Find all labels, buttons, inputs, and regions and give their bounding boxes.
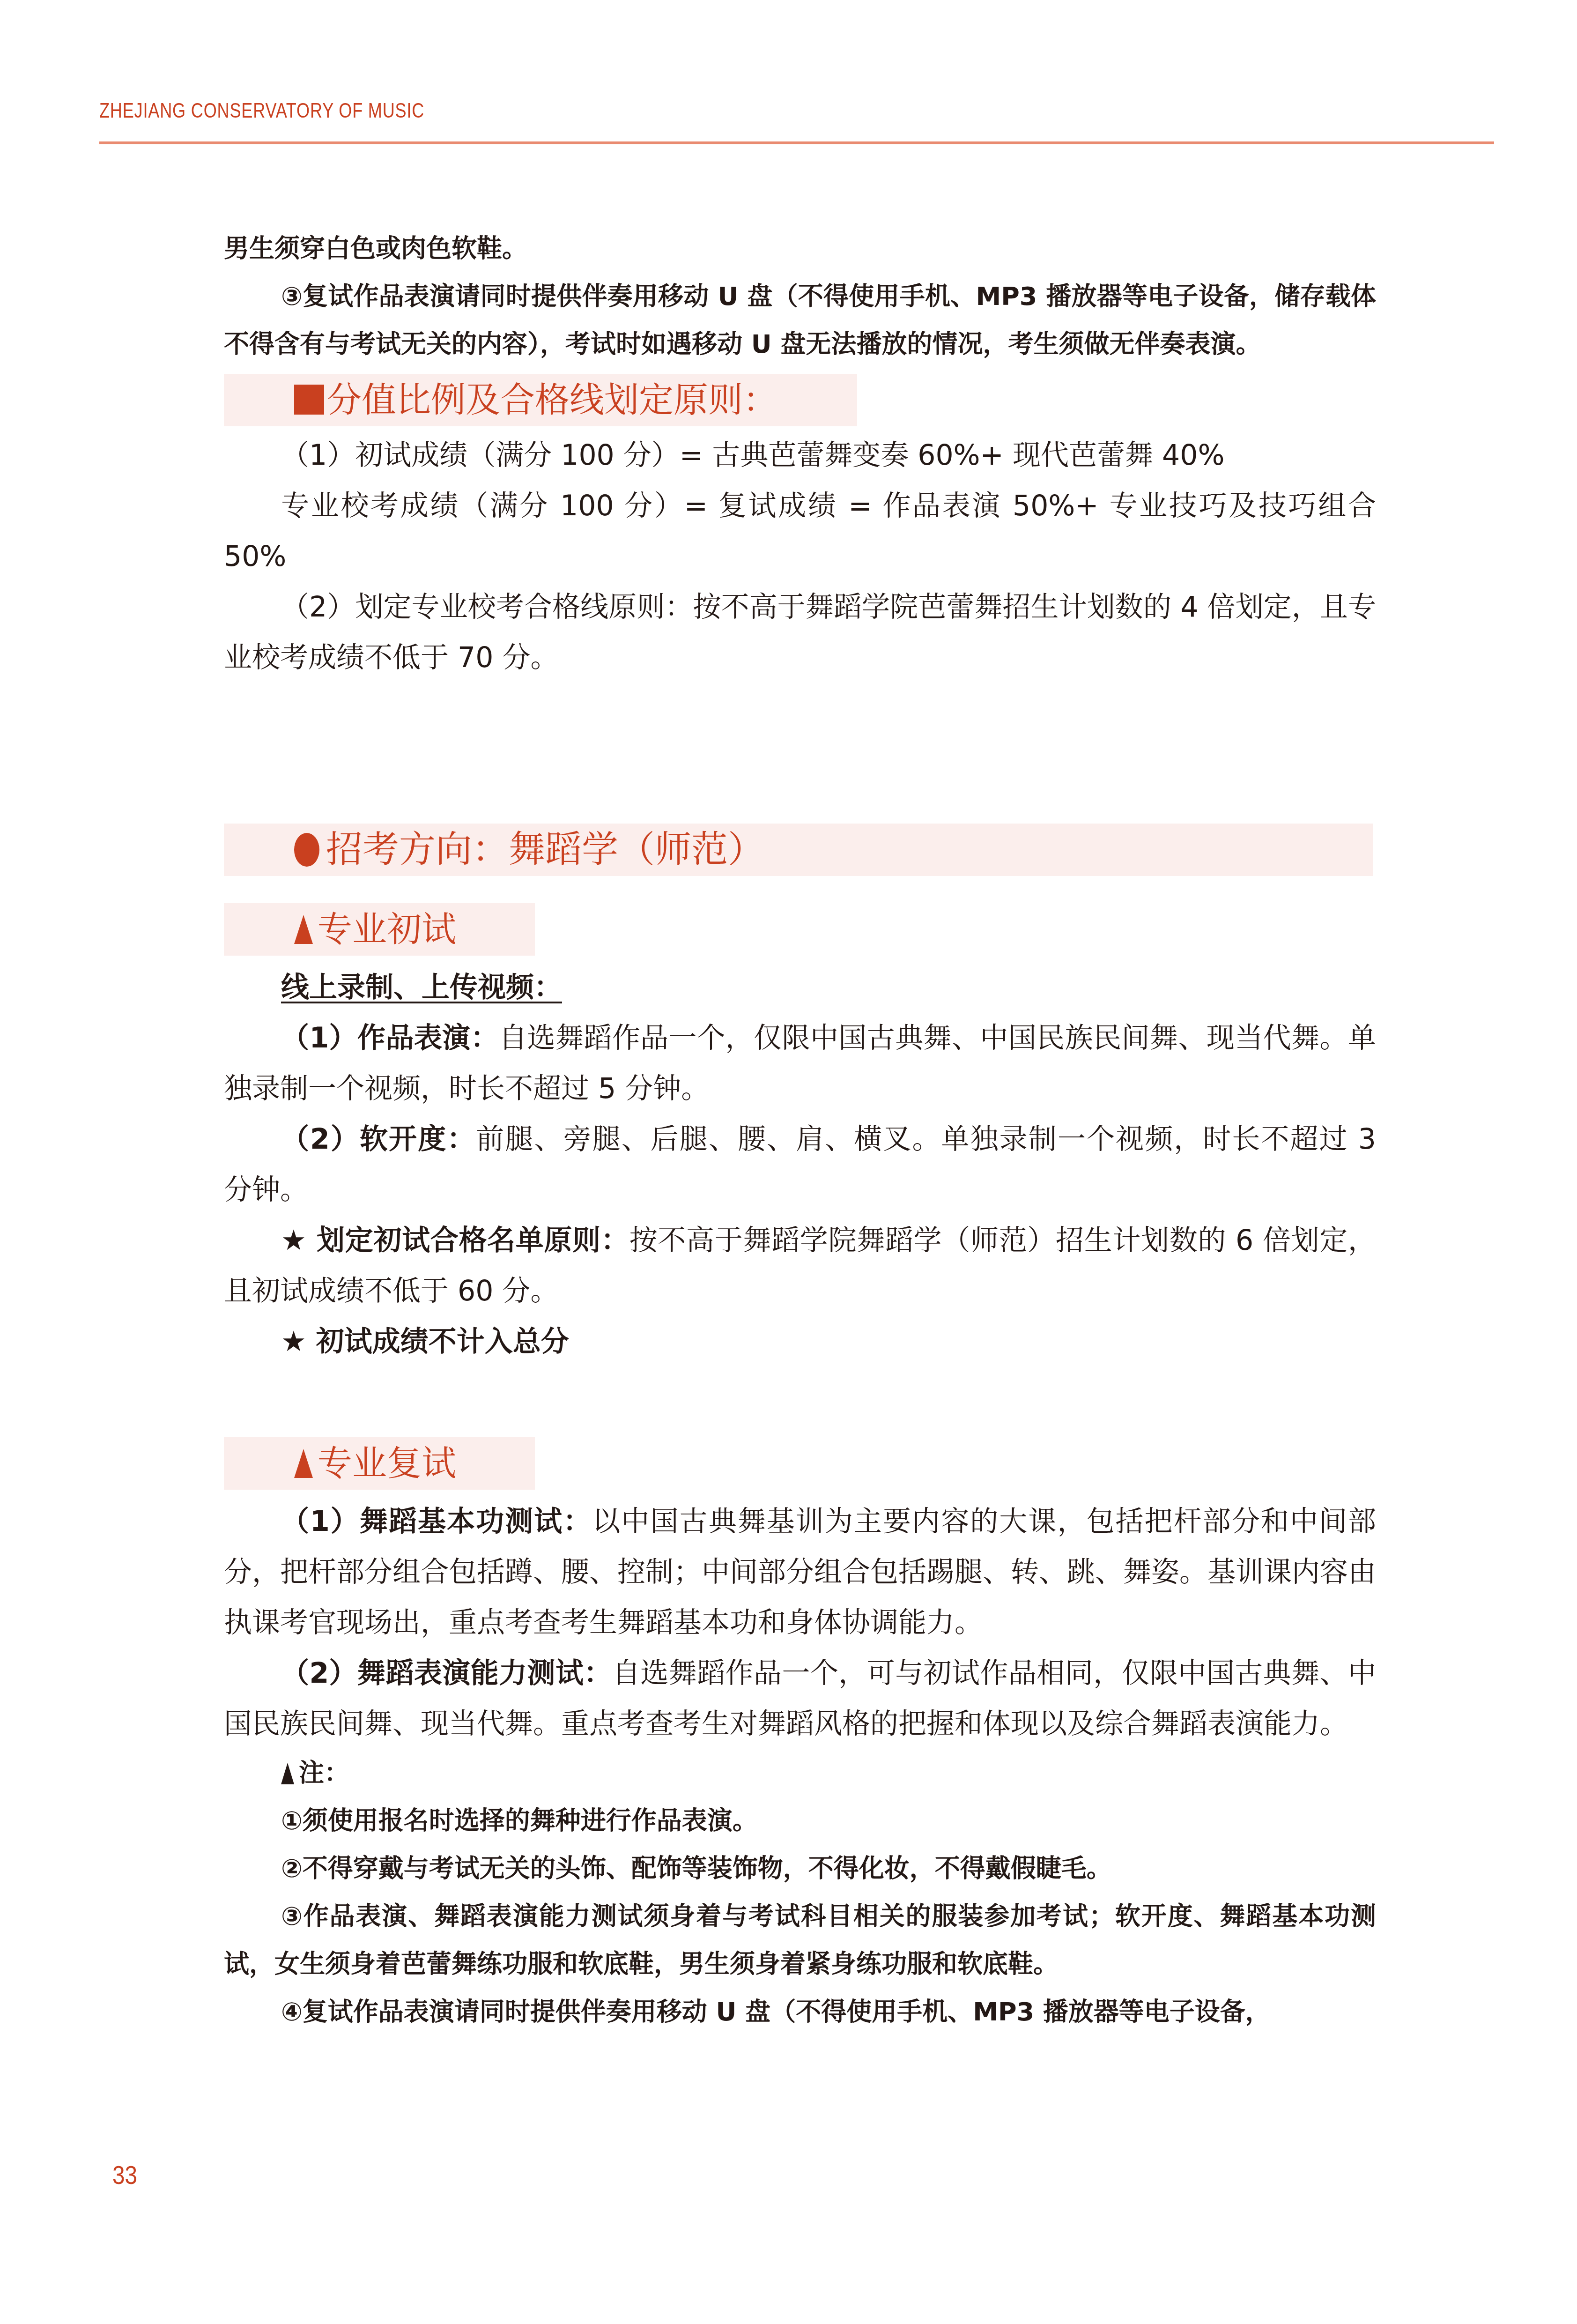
- header-divider: [99, 141, 1494, 144]
- retest-title: 专业复试: [318, 1443, 456, 1484]
- score-section-heading: 分值比例及合格线划定原则：: [224, 374, 857, 426]
- note-3-text: ③复试作品表演请同时提供伴奏用移动 U 盘（不得使用手机、MP3 播放器等电子设…: [224, 273, 1376, 368]
- score-line-3: （2）划定专业校考合格线原则：按不高于舞蹈学院芭蕾舞招生计划数的 4 倍划定，且…: [224, 582, 1376, 683]
- preliminary-heading: 专业初试: [224, 903, 535, 956]
- preliminary-item-1-label: （1）作品表演：: [281, 1022, 499, 1054]
- preliminary-star-2: ★ 初试成绩不计入总分: [224, 1316, 1376, 1367]
- note-item: ①须使用报名时选择的舞种进行作品表演。: [224, 1797, 1376, 1845]
- retest-item-1-label: （1）舞蹈基本功测试：: [281, 1505, 592, 1538]
- online-recording-label: 线上录制、上传视频：: [281, 971, 562, 1004]
- header-title: ZHEJIANG CONSERVATORY OF MUSIC: [99, 99, 424, 123]
- preliminary-star-1: ★ 划定初试合格名单原则：按不高于舞蹈学院舞蹈学（师范）招生计划数的 6 倍划定…: [224, 1215, 1376, 1316]
- note-item: ④复试作品表演请同时提供伴奏用移动 U 盘（不得使用手机、MP3 播放器等电子设…: [224, 1988, 1376, 2036]
- note-item: ②不得穿戴与考试无关的头饰、配饰等装饰物，不得化妆，不得戴假睫毛。: [224, 1845, 1376, 1893]
- online-recording-subheading: 线上录制、上传视频：: [224, 962, 1376, 1013]
- notes-heading-label: 注：: [299, 1758, 349, 1788]
- continuation-text: 男生须穿白色或肉色软鞋。: [224, 225, 1376, 273]
- score-line-1: （1）初试成绩（满分 100 分）= 古典芭蕾舞变奏 60%+ 现代芭蕾舞 40…: [224, 430, 1376, 481]
- triangle-bullet-icon: [294, 915, 313, 944]
- score-line-2: 专业校考成绩（满分 100 分）= 复试成绩 = 作品表演 50%+ 专业技巧及…: [224, 481, 1376, 582]
- preliminary-item-1: （1）作品表演：自选舞蹈作品一个，仅限中国古典舞、中国民族民间舞、现当代舞。单独…: [224, 1013, 1376, 1114]
- direction-heading: 招考方向：舞蹈学（师范）: [224, 824, 1373, 876]
- score-section-title: 分值比例及合格线划定原则：: [327, 380, 777, 420]
- retest-item-1: （1）舞蹈基本功测试：以中国古典舞基训为主要内容的大课，包括把杆部分和中间部分，…: [224, 1496, 1376, 1648]
- circle-bullet-icon: [294, 833, 319, 867]
- square-bullet-icon: [294, 385, 324, 415]
- preliminary-item-2-label: （2）软开度：: [281, 1123, 476, 1156]
- preliminary-item-2: （2）软开度：前腿、旁腿、后腿、腰、肩、横叉。单独录制一个视频，时长不超过 3 …: [224, 1114, 1376, 1215]
- triangle-bullet-icon: [294, 1449, 313, 1478]
- retest-item-2: （2）舞蹈表演能力测试：自选舞蹈作品一个，可与初试作品相同，仅限中国古典舞、中国…: [224, 1648, 1376, 1749]
- notes-heading: 注：: [224, 1749, 1376, 1797]
- triangle-note-icon: [281, 1763, 294, 1784]
- note-item: ③作品表演、舞蹈表演能力测试须身着与考试科目相关的服装参加考试；软开度、舞蹈基本…: [224, 1893, 1376, 1988]
- preliminary-title: 专业初试: [318, 909, 456, 950]
- retest-item-2-label: （2）舞蹈表演能力测试：: [281, 1657, 612, 1690]
- page-content: 男生须穿白色或肉色软鞋。 ③复试作品表演请同时提供伴奏用移动 U 盘（不得使用手…: [224, 225, 1376, 2036]
- direction-title: 招考方向：舞蹈学（师范）: [326, 829, 764, 871]
- star-1-label: ★ 划定初试合格名单原则：: [281, 1224, 629, 1257]
- retest-heading: 专业复试: [224, 1437, 535, 1490]
- page-number: 33: [112, 2160, 137, 2190]
